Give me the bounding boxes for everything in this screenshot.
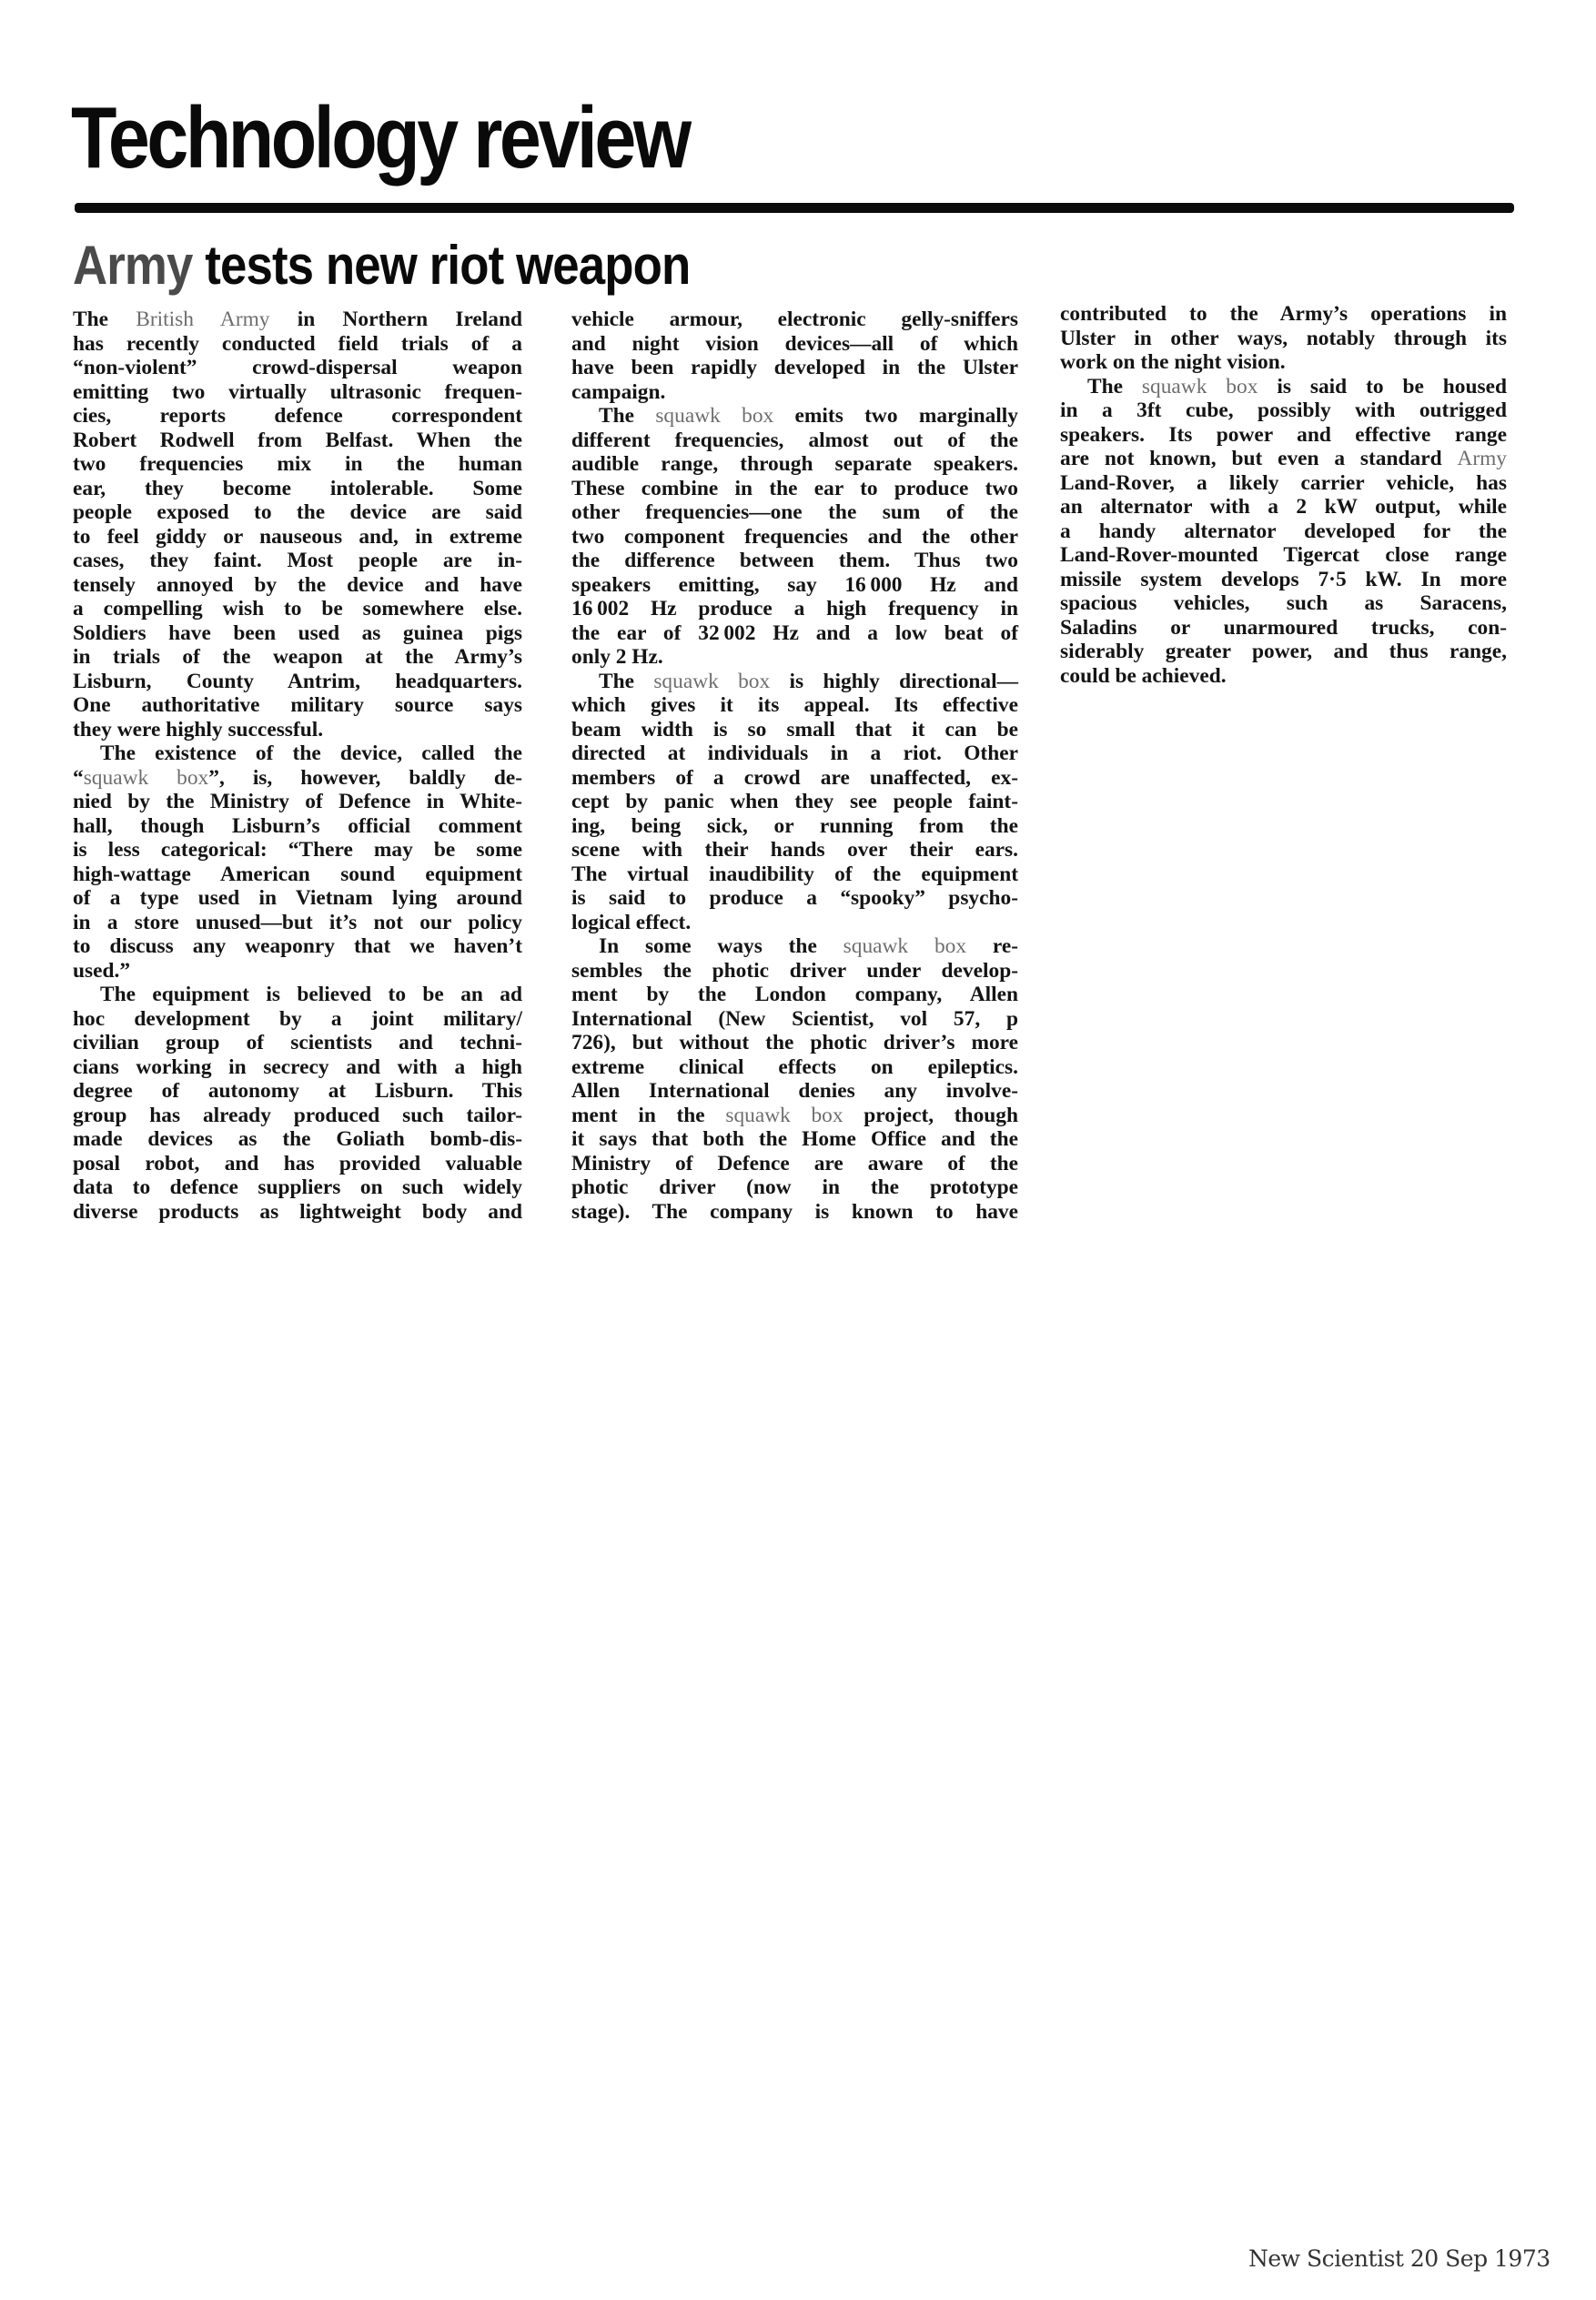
article-line: hoc development by a joint military/	[73, 1007, 522, 1032]
text-run: posal robot, and has provided valuable	[73, 1152, 522, 1175]
article-line: the difference between them. Thus two	[571, 549, 1018, 573]
article-line: different frequencies, almost out of the	[571, 429, 1018, 453]
article-line: photic driver (now in the prototype	[571, 1175, 1018, 1200]
text-run: Soldiers have been used as guinea pigs	[73, 621, 522, 645]
article-line: logical effect.	[571, 911, 1018, 935]
text-run: degree of autonomy at Lisburn. This	[73, 1079, 522, 1103]
text-run: logical effect.	[571, 911, 691, 934]
article-line: The equipment is believed to be an ad	[73, 983, 522, 1007]
text-run: Ministry of Defence are aware of the	[571, 1152, 1018, 1175]
article-line: “non-violent” crowd-dispersal weapon	[73, 356, 522, 380]
text-run: “non-violent” crowd-dispersal weapon	[73, 356, 522, 379]
article-line: ear, they become intolerable. Some	[73, 477, 522, 501]
article-line: contributed to the Army’s operations in	[1060, 302, 1507, 327]
text-run: made devices as the Goliath bomb-dis-	[73, 1127, 522, 1151]
highlighted-term: squawk box	[843, 934, 966, 958]
text-run: the difference between them. Thus two	[571, 549, 1018, 572]
article-line: directed at individuals in a riot. Other	[571, 741, 1018, 766]
text-run: directed at individuals in a riot. Other	[571, 741, 1018, 765]
text-run: nied by the Ministry of Defence in White…	[73, 790, 522, 813]
text-run: contributed to the Army’s operations in	[1060, 302, 1507, 326]
text-run: missile system develops 7·5 kW. In more	[1060, 568, 1507, 591]
text-run: in a store unused—but it’s not our polic…	[73, 911, 522, 934]
article-line: civilian group of scientists and techni-	[73, 1031, 522, 1055]
text-run: spacious vehicles, such as Saracens,	[1060, 591, 1507, 615]
article-line: an alternator with a 2 kW output, while	[1060, 495, 1507, 520]
text-run: Saladins or unarmoured trucks, con-	[1060, 616, 1507, 640]
text-run: cept by panic when they see people faint…	[571, 790, 1018, 813]
article-line: Saladins or unarmoured trucks, con-	[1060, 616, 1507, 641]
text-run: members of a crowd are unaffected, ex-	[571, 766, 1018, 790]
text-run: extreme clinical effects on epileptics.	[571, 1055, 1018, 1079]
article-line: These combine in the ear to produce two	[571, 477, 1018, 501]
article-line: Land-Rover, a likely carrier vehicle, ha…	[1060, 471, 1507, 496]
article-line: two component frequencies and the other	[571, 525, 1018, 550]
article-line: emitting two virtually ultrasonic freque…	[73, 380, 522, 405]
article-line: in a store unused—but it’s not our polic…	[73, 911, 522, 935]
article-line: 16 002 Hz produce a high frequency in	[571, 597, 1018, 621]
article-line: group has already produced such tailor-	[73, 1104, 522, 1128]
text-run: data to defence suppliers on such widely	[73, 1175, 522, 1199]
text-run: an alternator with a 2 kW output, while	[1060, 495, 1507, 519]
text-run: “	[73, 766, 84, 790]
article-line: two frequencies mix in the human	[73, 452, 522, 477]
article-line: in trials of the weapon at the Army’s	[73, 645, 522, 670]
text-run: in trials of the weapon at the Army’s	[73, 645, 522, 669]
article-line: audible range, through separate speakers…	[571, 452, 1018, 477]
text-run: it says that both the Home Office and th…	[571, 1127, 1018, 1151]
article-line: to feel giddy or nauseous and, in extrem…	[73, 525, 522, 550]
section-divider-rule	[75, 203, 1514, 213]
text-run: cases, they faint. Most people are in-	[73, 549, 522, 572]
text-run: Robert Rodwell from Belfast. When the	[73, 429, 522, 452]
text-run: Land-Rover-mounted Tigercat close range	[1060, 543, 1507, 567]
article-line: The virtual inaudibility of the equipmen…	[571, 862, 1018, 887]
article-line: Robert Rodwell from Belfast. When the	[73, 429, 522, 453]
article-line: In some ways the squawk box re-	[571, 934, 1018, 959]
text-run: could be achieved.	[1060, 664, 1227, 688]
article-line: ment in the squawk box project, though	[571, 1104, 1018, 1128]
text-run: high-wattage American sound equipment	[73, 862, 522, 886]
article-line: has recently conducted field trials of a	[73, 332, 522, 357]
text-run: work on the night vision.	[1060, 350, 1286, 374]
headline-rest: tests new riot weapon	[192, 235, 690, 296]
text-run: campaign.	[571, 380, 665, 404]
article-line: cies, reports defence correspondent	[73, 404, 522, 429]
text-run: used.”	[73, 959, 130, 983]
article-line: speakers emitting, say 16 000 Hz and	[571, 573, 1018, 598]
article-line: a compelling wish to be somewhere else.	[73, 597, 522, 621]
article-line: could be achieved.	[1060, 664, 1507, 689]
text-run: group has already produced such tailor-	[73, 1104, 522, 1127]
article-line: work on the night vision.	[1060, 350, 1507, 375]
article-line: posal robot, and has provided valuable	[73, 1152, 522, 1176]
text-run: scene with their hands over their ears.	[571, 838, 1018, 862]
article-line: speakers. Its power and effective range	[1060, 423, 1507, 448]
article-line: Soldiers have been used as guinea pigs	[73, 621, 522, 646]
highlighted-term: squawk box	[84, 766, 209, 790]
article-column-3: contributed to the Army’s operations inU…	[1060, 302, 1507, 688]
publication-footer: New Scientist 20 Sep 1973	[1248, 2245, 1551, 2272]
article-line: scene with their hands over their ears.	[571, 838, 1018, 862]
text-run: ”, is, however, baldly de-	[208, 766, 522, 790]
article-line: are not known, but even a standard Army	[1060, 447, 1507, 471]
text-run: ing, being sick, or running from the	[571, 814, 1018, 838]
text-run: is said to be housed	[1258, 375, 1507, 398]
article-line: Ulster in other ways, notably through it…	[1060, 327, 1507, 351]
text-run: ment by the London company, Allen	[571, 983, 1018, 1006]
text-run: are not known, but even a standard	[1060, 447, 1457, 470]
article-line: the ear of 32 002 Hz and a low beat of	[571, 621, 1018, 646]
headline-lead-word: Army	[73, 235, 192, 296]
article-line: have been rapidly developed in the Ulste…	[571, 356, 1018, 380]
article-line: of a type used in Vietnam lying around	[73, 886, 522, 911]
text-run: two frequencies mix in the human	[73, 452, 522, 476]
text-run: ear, they become intolerable. Some	[73, 477, 522, 500]
text-run: The existence of the device, called the	[100, 741, 522, 765]
text-run: photic driver (now in the prototype	[571, 1175, 1018, 1199]
article-line: One authoritative military source says	[73, 693, 522, 718]
text-run: other frequencies—one the sum of the	[571, 500, 1018, 524]
text-run: Land-Rover, a likely carrier vehicle, ha…	[1060, 471, 1507, 495]
article-line: Allen International denies any involve-	[571, 1079, 1018, 1104]
text-run: The	[599, 404, 655, 428]
article-line: data to defence suppliers on such widely	[73, 1175, 522, 1200]
text-run: The equipment is believed to be an ad	[100, 983, 522, 1006]
article-line: to discuss any weaponry that we haven’t	[73, 934, 522, 959]
article-line: siderably greater power, and thus range,	[1060, 640, 1507, 664]
text-run: 16 002 Hz produce a high frequency in	[571, 597, 1018, 620]
article-line: members of a crowd are unaffected, ex-	[571, 766, 1018, 791]
text-run: only 2 Hz.	[571, 645, 663, 669]
article-line: used.”	[73, 959, 522, 984]
article-line: diverse products as lightweight body and	[73, 1200, 522, 1225]
text-run: a handy alternator developed for the	[1060, 520, 1507, 543]
text-run: to feel giddy or nauseous and, in extrem…	[73, 525, 522, 549]
article-headline: Army tests new riot weapon	[73, 238, 690, 293]
text-run: and night vision devices—all of which	[571, 332, 1018, 356]
text-run: In some ways the	[599, 934, 843, 958]
article-line: tensely annoyed by the device and have	[73, 573, 522, 598]
text-run: 726), but without the photic driver’s mo…	[571, 1031, 1018, 1054]
article-line: high-wattage American sound equipment	[73, 862, 522, 887]
highlighted-term: squawk box	[653, 670, 770, 693]
text-run: audible range, through separate speakers…	[571, 452, 1018, 476]
article-line: is said to produce a “spooky” psycho-	[571, 886, 1018, 911]
article-line: they were highly successful.	[73, 718, 522, 742]
article-line: people exposed to the device are said	[73, 500, 522, 525]
text-run: The	[1087, 375, 1142, 398]
text-run: Ulster in other ways, notably through it…	[1060, 327, 1507, 350]
text-run: speakers. Its power and effective range	[1060, 423, 1507, 447]
article-line: ment by the London company, Allen	[571, 983, 1018, 1007]
text-run: is said to produce a “spooky” psycho-	[571, 886, 1018, 910]
text-run: vehicle armour, electronic gelly-sniffer…	[571, 308, 1018, 331]
article-line: 726), but without the photic driver’s mo…	[571, 1031, 1018, 1055]
text-run: The virtual inaudibility of the equipmen…	[571, 862, 1018, 886]
text-run: ment in the	[571, 1104, 725, 1127]
article-line: cases, they faint. Most people are in-	[73, 549, 522, 573]
text-run: International (New Scientist, vol 57, p	[571, 1007, 1018, 1031]
article-line: hall, though Lisburn’s official comment	[73, 814, 522, 839]
text-run: siderably greater power, and thus range,	[1060, 640, 1507, 663]
text-run: These combine in the ear to produce two	[571, 477, 1018, 500]
article-line: vehicle armour, electronic gelly-sniffer…	[571, 308, 1018, 332]
text-run: Allen International denies any involve-	[571, 1079, 1018, 1103]
article-line: which gives it its appeal. Its effective	[571, 693, 1018, 718]
text-run: The	[599, 670, 653, 693]
text-run: is highly directional—	[770, 670, 1018, 693]
text-run: in a 3ft cube, possibly with outrigged	[1060, 398, 1507, 422]
article-line: other frequencies—one the sum of the	[571, 500, 1018, 525]
article-line: spacious vehicles, such as Saracens,	[1060, 591, 1507, 616]
article-line: nied by the Ministry of Defence in White…	[73, 790, 522, 814]
article-line: made devices as the Goliath bomb-dis-	[73, 1127, 522, 1152]
article-line: it says that both the Home Office and th…	[571, 1127, 1018, 1152]
article-line: The squawk box is highly directional—	[571, 670, 1018, 694]
text-run: the ear of 32 002 Hz and a low beat of	[571, 621, 1018, 645]
text-run: emitting two virtually ultrasonic freque…	[73, 380, 522, 404]
text-run: different frequencies, almost out of the	[571, 429, 1018, 452]
article-column-1: The British Army in Northern Irelandhas …	[73, 308, 522, 1224]
article-line: and night vision devices—all of which	[571, 332, 1018, 357]
highlighted-term: British Army	[136, 308, 269, 331]
article-line: Land-Rover-mounted Tigercat close range	[1060, 543, 1507, 568]
article-line: ing, being sick, or running from the	[571, 814, 1018, 839]
text-run: tensely annoyed by the device and have	[73, 573, 522, 597]
text-run: a compelling wish to be somewhere else.	[73, 597, 522, 620]
text-run: beam width is so small that it can be	[571, 718, 1018, 741]
article-line: missile system develops 7·5 kW. In more	[1060, 568, 1507, 592]
article-line: International (New Scientist, vol 57, p	[571, 1007, 1018, 1032]
text-run: The	[73, 308, 136, 331]
article-line: extreme clinical effects on epileptics.	[571, 1055, 1018, 1080]
article-line: Lisburn, County Antrim, headquarters.	[73, 670, 522, 694]
highlighted-term: squawk box	[725, 1104, 843, 1127]
text-run: One authoritative military source says	[73, 693, 522, 717]
article-line: The squawk box emits two marginally	[571, 404, 1018, 429]
article-line: campaign.	[571, 380, 1018, 405]
article-line: stage). The company is known to have	[571, 1200, 1018, 1225]
text-run: two component frequencies and the other	[571, 525, 1018, 549]
text-run: they were highly successful.	[73, 718, 323, 741]
text-run: hall, though Lisburn’s official comment	[73, 814, 522, 838]
article-line: degree of autonomy at Lisburn. This	[73, 1079, 522, 1104]
text-run: people exposed to the device are said	[73, 500, 522, 524]
text-run: speakers emitting, say 16 000 Hz and	[571, 573, 1018, 597]
article-line: is less categorical: “There may be some	[73, 838, 522, 862]
article-line: in a 3ft cube, possibly with outrigged	[1060, 398, 1507, 423]
article-line: The existence of the device, called the	[73, 741, 522, 766]
text-run: sembles the photic driver under develop-	[571, 959, 1018, 983]
article-line: cians working in secrecy and with a high	[73, 1055, 522, 1080]
text-run: which gives it its appeal. Its effective	[571, 693, 1018, 717]
text-run: to discuss any weaponry that we haven’t	[73, 934, 522, 958]
article-line: “squawk box”, is, however, baldly de-	[73, 766, 522, 791]
text-run: cians working in secrecy and with a high	[73, 1055, 522, 1079]
article-line: beam width is so small that it can be	[571, 718, 1018, 742]
text-run: emits two marginally	[773, 404, 1018, 428]
highlighted-term: squawk box	[655, 404, 773, 428]
article-line: only 2 Hz.	[571, 645, 1018, 670]
text-run: stage). The company is known to have	[571, 1200, 1018, 1224]
highlighted-term: squawk box	[1142, 375, 1258, 398]
article-line: Ministry of Defence are aware of the	[571, 1152, 1018, 1176]
text-run: civilian group of scientists and techni-	[73, 1031, 522, 1054]
text-run: has recently conducted field trials of a	[73, 332, 522, 356]
text-run: have been rapidly developed in the Ulste…	[571, 356, 1018, 379]
article-line: sembles the photic driver under develop-	[571, 959, 1018, 984]
article-line: cept by panic when they see people faint…	[571, 790, 1018, 814]
text-run: diverse products as lightweight body and	[73, 1200, 522, 1224]
section-title: Technology review	[71, 95, 689, 182]
article-column-2: vehicle armour, electronic gelly-sniffer…	[571, 308, 1018, 1224]
text-run: hoc development by a joint military/	[73, 1007, 522, 1031]
text-run: is less categorical: “There may be some	[73, 838, 522, 862]
text-run: cies, reports defence correspondent	[73, 404, 522, 428]
text-run: of a type used in Vietnam lying around	[73, 886, 522, 910]
highlighted-term: Army	[1457, 447, 1507, 470]
text-run: Lisburn, County Antrim, headquarters.	[73, 670, 522, 693]
text-run: project, though	[843, 1104, 1018, 1127]
article-line: The British Army in Northern Ireland	[73, 308, 522, 332]
text-run: in Northern Ireland	[270, 308, 523, 331]
article-line: a handy alternator developed for the	[1060, 520, 1507, 544]
text-run: re-	[966, 934, 1018, 958]
article-line: The squawk box is said to be housed	[1060, 375, 1507, 399]
